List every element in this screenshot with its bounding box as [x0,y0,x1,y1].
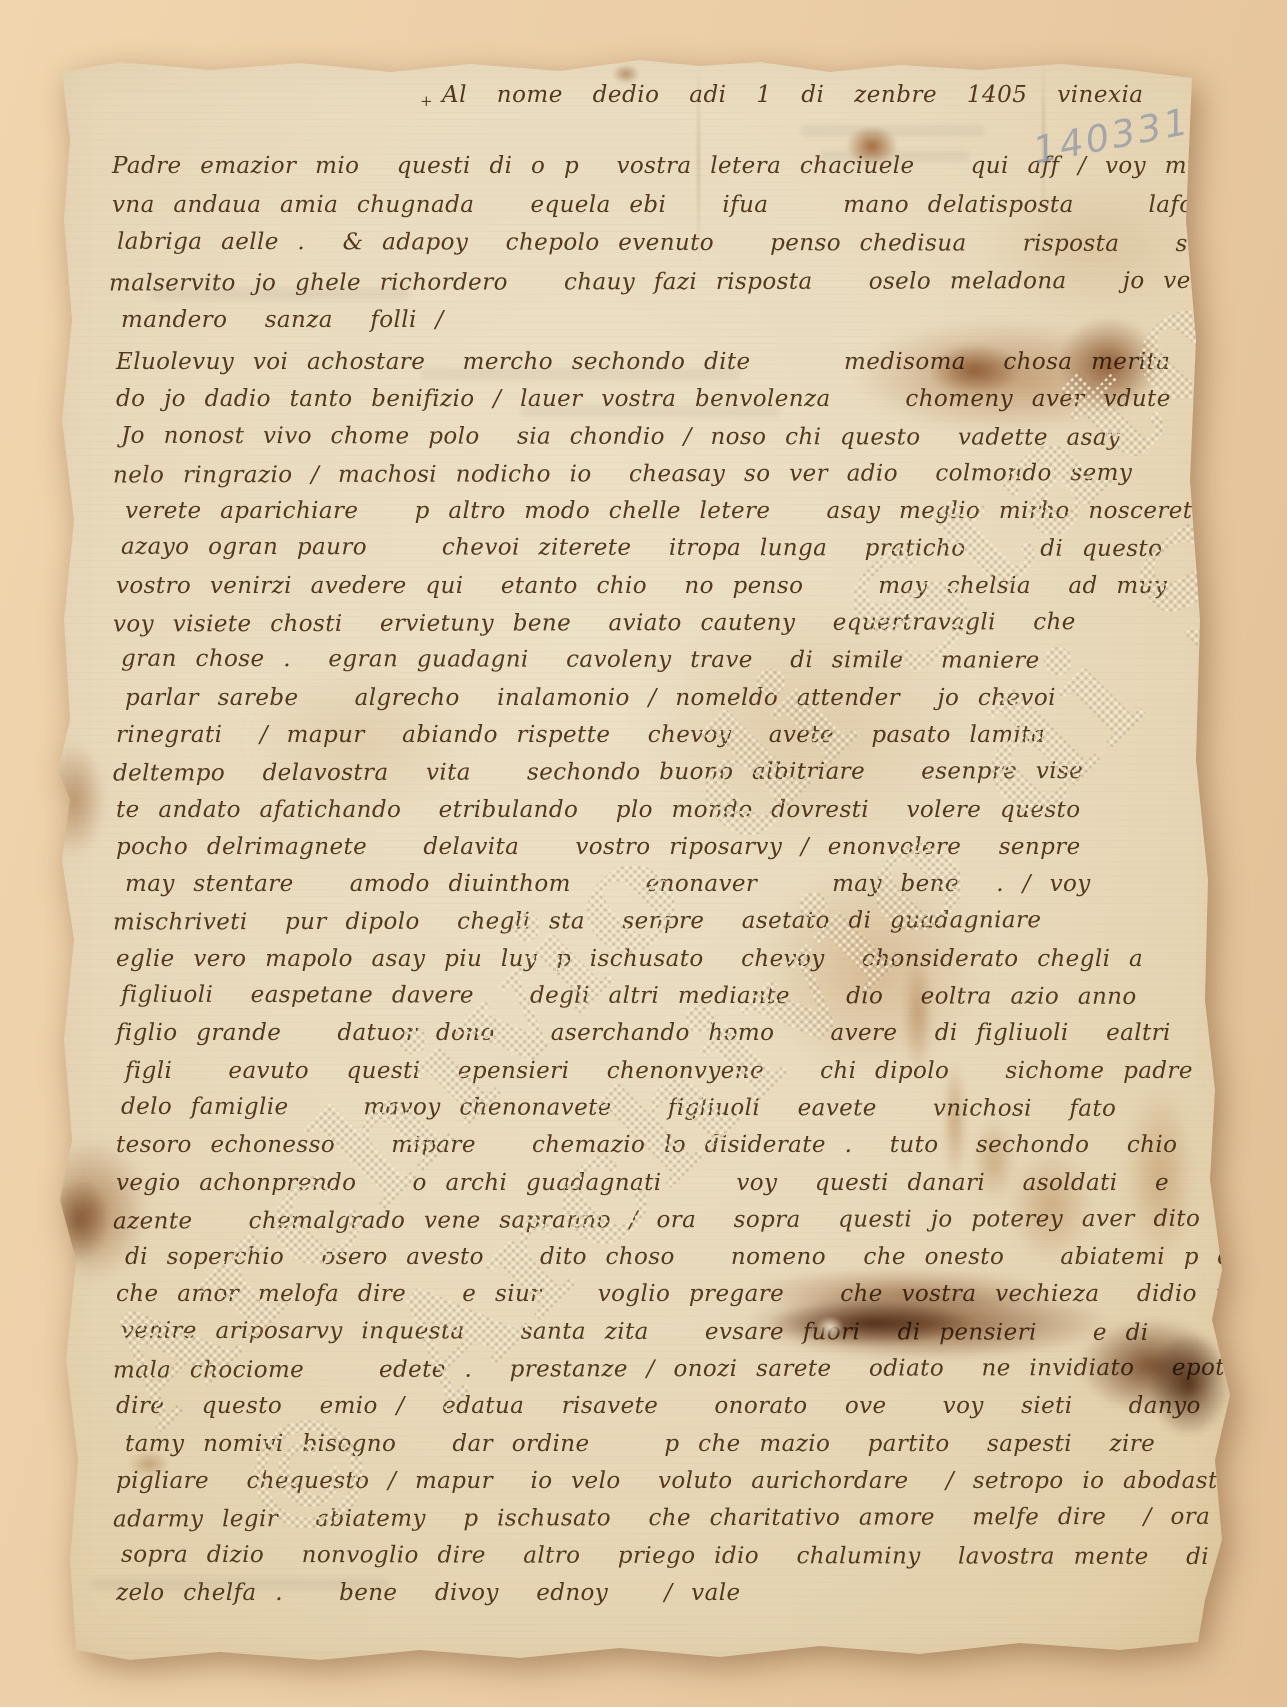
letter-line: labriga aelle . & adapoy chepolo evenuto… [117,223,1287,264]
letter-paragraph-1: Padre emazior mio questi di o p vostra l… [112,147,1287,340]
letter-line: delo famiglie mavoy chenonavete figliuol… [121,1089,1287,1129]
letter-line: rinegrati / mapur abiando rispette chevo… [116,717,1287,754]
letter-line: parlar sarebe algrecho inalamonio / nome… [125,680,1287,717]
letter-line: Eluolevuy voi achostare mercho sechondo … [116,344,1287,381]
letter-line: pigliare chequesto / mapur io velo volut… [116,1463,1287,1500]
letter-line: te andato afatichando etribulando plo mo… [116,792,1287,829]
letter-line: tamy nomivi bisogno dar ordine p che maz… [125,1426,1287,1463]
letter-line: do jo dadio tanto benifizio / lauer vost… [116,381,1287,418]
letter-line: zelo chelfa . bene divoy ednoy / vale [116,1575,1287,1612]
letter-line: adarmy legir abiatemy p ischusato che ch… [113,1499,1287,1539]
small-stain [612,64,640,84]
letter-line: azayo ogran pauro chevoi ziterete itropa… [121,529,1287,569]
letter-line: nelo ringrazio / machosi nodicho io chea… [113,454,1287,494]
letter-line: verete aparichiare p altro modo chelle l… [125,493,1287,530]
letter-line: di soperchio osero avesto dito choso nom… [125,1239,1287,1276]
paper-shadow-wrap: + Al nome dedio adi 1 di zenbre 1405 vin… [0,0,1287,1707]
letter-line: sopra dizio nonvoglio dire altro priego … [121,1536,1287,1576]
letter-line: mischriveti pur dipolo chegli sta senpre… [113,902,1287,942]
letter-line: voy visiete chosti ervietuny bene aviato… [113,604,1287,644]
letter-line: azente chemalgrado vene sapranno / ora s… [113,1200,1287,1240]
invocation-cross: + [420,92,433,110]
letter-line: mala chociome edete . prestanze / onozi … [113,1350,1287,1390]
letter-line: figlio grande datuor dono aserchando hom… [116,1015,1287,1052]
letter-paragraph-2: Eluolevuy voi achostare mercho sechondo … [116,344,1287,1612]
letter-line: Jo nonost vivo chome polo sia chondio / … [121,417,1287,457]
letter-line: eglie vero mapolo asay piu luy p ischusa… [116,941,1287,978]
manuscript-paper: + Al nome dedio adi 1 di zenbre 1405 vin… [0,0,1287,1707]
letter-line: pocho delrimagnete delavita vostro ripos… [116,829,1287,866]
scanned-manuscript-letter: + Al nome dedio adi 1 di zenbre 1405 vin… [0,0,1287,1707]
letter-line: mandero sanza folli / [121,301,1287,340]
letter-line: gran chose . egran guadagni cavoleny tra… [121,641,1287,681]
letter-line: figliuoli easpetane davere degli altri m… [121,977,1287,1017]
letter-line: may stentare amodo diuinthom enonaver ma… [125,866,1287,903]
left-edge-stain-core [48,1178,110,1262]
letter-dateline: Al nome dedio adi 1 di zenbre 1405 vinex… [442,82,1144,108]
letter-line: tesoro echonesso mipare chemazio lo disi… [116,1127,1287,1164]
letter-line: venire ariposarvy inquesta santa zita ev… [121,1312,1287,1352]
letter-line: deltempo delavostra vita sechondo buono … [113,753,1287,793]
letter-line: vegio achonprendo o archi guadagnati voy… [116,1165,1287,1202]
letter-line: figli eavuto questi epensieri chenonvyen… [125,1053,1287,1090]
letter-line: vna andaua amia chugnada equela ebi ifua… [112,186,1287,225]
letter-line: vostro venirzi avedere qui etanto chio n… [116,568,1287,605]
left-edge-stain [42,742,106,857]
letter-line: che amor melofa dire e siur voglio prega… [116,1276,1287,1313]
show-through-text [800,125,985,137]
letter-line: dire questo emio / edatua risavete onora… [116,1388,1287,1425]
letter-line: malservito jo ghele richordero chauy faz… [109,261,1287,302]
